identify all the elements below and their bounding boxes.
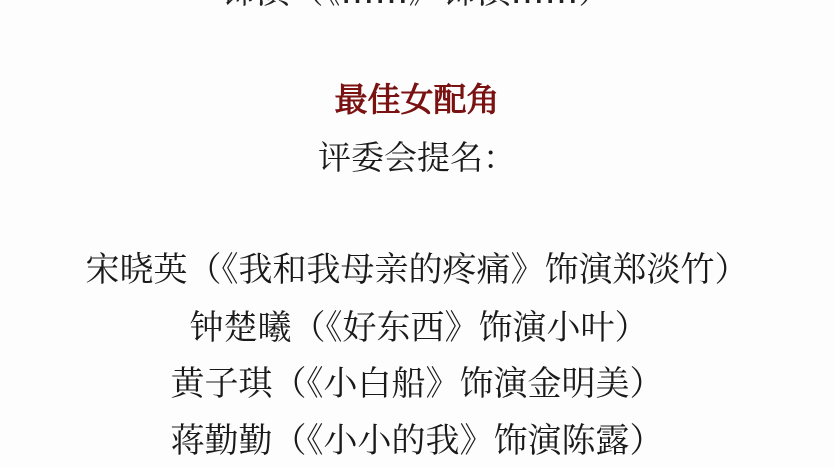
award-category-title: 最佳女配角 bbox=[0, 80, 834, 120]
clipped-previous-line: 饰演（《……》饰演……） bbox=[0, 0, 834, 12]
nominated-by-label: 评委会提名： bbox=[0, 138, 834, 178]
nominee-line: 黄子琪（《小白船》饰演金明美） bbox=[0, 364, 834, 404]
document-page: 饰演（《……》饰演……） 最佳女配角 评委会提名： 宋晓英（《我和我母亲的疼痛》… bbox=[0, 0, 834, 468]
nominee-line: 宋晓英（《我和我母亲的疼痛》饰演郑淡竹） bbox=[0, 250, 834, 290]
nominee-line: 蒋勤勤（《小小的我》饰演陈露） bbox=[0, 421, 834, 461]
nominee-line: 钟楚曦（《好东西》饰演小叶） bbox=[2, 308, 834, 348]
